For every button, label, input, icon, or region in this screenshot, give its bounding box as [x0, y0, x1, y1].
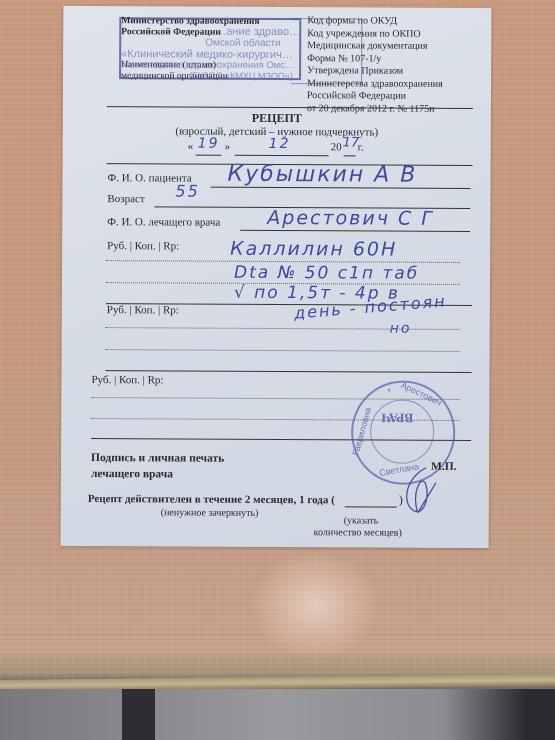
divider	[106, 370, 472, 373]
approved-by: Утверждена Приказом	[307, 65, 487, 78]
doctor-name: Арестович С Г	[267, 207, 434, 230]
floor-background	[0, 689, 555, 740]
age-label: Возраст	[107, 193, 144, 205]
ministry-order-line2: Российской Федерации	[307, 90, 487, 103]
date-month: 12	[269, 136, 291, 152]
date-close-quote: »	[225, 141, 231, 153]
months-note-2: количество месяцев)	[314, 527, 402, 538]
rx-line-1: Каллилин 60Н	[230, 238, 397, 261]
date-open-quote: «	[188, 141, 194, 153]
okud-code: Код формы по ОКУД	[307, 15, 487, 28]
rp-label-2: Руб. | Коп. | Rp:	[107, 304, 179, 316]
stamp-text-line5: (БУЗОО «КМХЦ МЗОО»)	[189, 71, 293, 82]
date-year-prefix: 20	[331, 141, 342, 153]
stamp-text-line2: Омской области	[205, 38, 281, 49]
signature-label-2: лечащего врача	[91, 468, 173, 480]
year-line	[344, 155, 356, 156]
months-note-1: (указать	[344, 515, 379, 526]
date-day: 19	[198, 136, 220, 152]
rp-label-1: Руб. | Коп. | Rp:	[107, 240, 179, 252]
validity-note: (ненужное зачеркнуть)	[161, 507, 259, 519]
stamp-text-line4: Министерства здравоохранения Омс…	[121, 59, 294, 71]
day-line	[196, 155, 222, 156]
stamp-star: *	[387, 387, 391, 397]
rx-line-2: Dta № 50 с1п таб	[234, 263, 419, 284]
doctor-line	[240, 230, 470, 232]
validity-close: )	[399, 493, 403, 508]
prescription-form: Министерство здравоохранения Российской …	[61, 6, 492, 548]
signature-scribble	[396, 463, 446, 518]
validity-text: Рецепт действителен в течение 2 месяцев,…	[88, 493, 335, 506]
med-doc-label: Медицинская документация	[307, 40, 487, 53]
stamp-text-line1: …ание здраво…	[215, 26, 300, 38]
month-line	[235, 155, 329, 156]
header-right: Код формы по ОКУД Код учреждения по ОКПО…	[307, 15, 488, 116]
dotted-line	[106, 349, 460, 352]
stamp-center-text: ВРАЧ	[381, 410, 413, 426]
signature-label: Подпись и личная печать	[91, 452, 224, 465]
form-number: Форма № 107-1/у	[307, 53, 487, 66]
ministry-order-line1: Министерства здравоохранения	[307, 78, 487, 91]
patient-name: Кубышкин А В	[227, 162, 417, 188]
months-line	[345, 506, 397, 507]
light-glare	[250, 550, 380, 660]
chair-leg	[122, 689, 155, 740]
rp-label-3: Руб. | Коп. | Rp:	[91, 374, 163, 386]
okpo-code: Код учреждения по ОКПО	[307, 28, 487, 41]
patient-age: 55	[175, 181, 199, 200]
date-year-end: г.	[358, 141, 364, 153]
doctor-label: Ф. И. О. лечащего врача	[107, 216, 220, 229]
